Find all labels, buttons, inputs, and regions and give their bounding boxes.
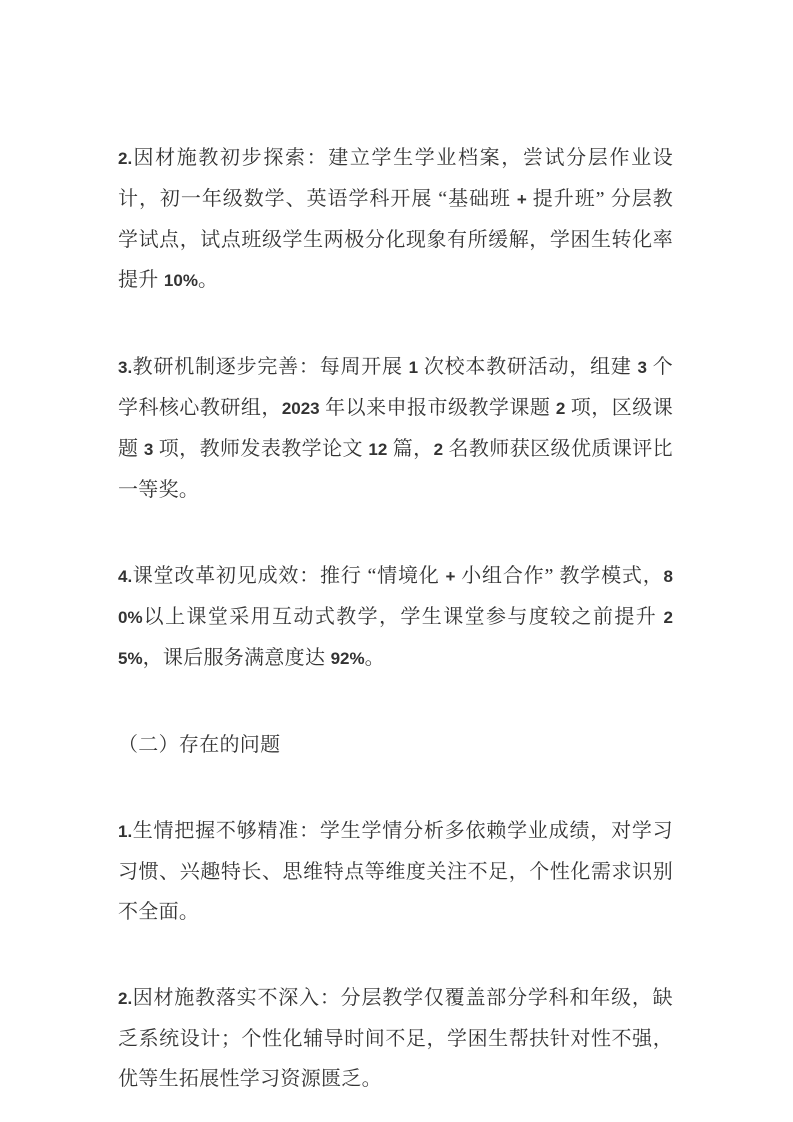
numeric-run: 2 — [556, 399, 565, 418]
numeric-run: + — [517, 190, 527, 209]
paragraph-teaching-implementation-problem: 2.因材施教落实不深入：分层教学仅覆盖部分学科和年级，缺乏系统设计；个性化辅导时… — [118, 978, 673, 1099]
numeric-run: 2. — [118, 149, 132, 168]
paragraph-student-analysis-problem: 1.生情把握不够精准：学生学情分析多依赖学业成绩，对学习习惯、兴趣特长、思维特点… — [118, 811, 673, 932]
paragraph-teaching-exploration: 2.因材施教初步探索：建立学生学业档案，尝试分层作业设计，初一年级数学、英语学科… — [118, 138, 673, 301]
numeric-run: 12 — [368, 440, 387, 459]
numeric-run: 3 — [144, 440, 153, 459]
numeric-run: 25% — [118, 608, 673, 668]
numeric-run: 80% — [118, 567, 673, 627]
paragraph-classroom-reform: 4.课堂改革初见成效：推行 “情境化 + 小组合作” 教学模式，80%以上课堂采… — [118, 556, 673, 679]
numeric-run: 10% — [164, 271, 198, 290]
numeric-run: 1. — [118, 822, 132, 841]
numeric-run: + — [445, 567, 455, 586]
heading-existing-problems: （二）存在的问题 — [118, 725, 673, 765]
numeric-run: 1 — [409, 358, 418, 377]
numeric-run: 3 — [637, 358, 646, 377]
paragraph-research-mechanism: 3.教研机制逐步完善：每周开展 1 次校本教研活动，组建 3 个学科核心教研组，… — [118, 347, 673, 510]
numeric-run: 2 — [434, 440, 443, 459]
numeric-run: 92% — [331, 649, 365, 668]
numeric-run: 4. — [118, 567, 132, 586]
document-page: 2.因材施教初步探索：建立学生学业档案，尝试分层作业设计，初一年级数学、英语学科… — [0, 0, 793, 1122]
numeric-run: 3. — [118, 358, 132, 377]
numeric-run: 2. — [118, 989, 132, 1008]
numeric-run: 2023 — [282, 399, 320, 418]
